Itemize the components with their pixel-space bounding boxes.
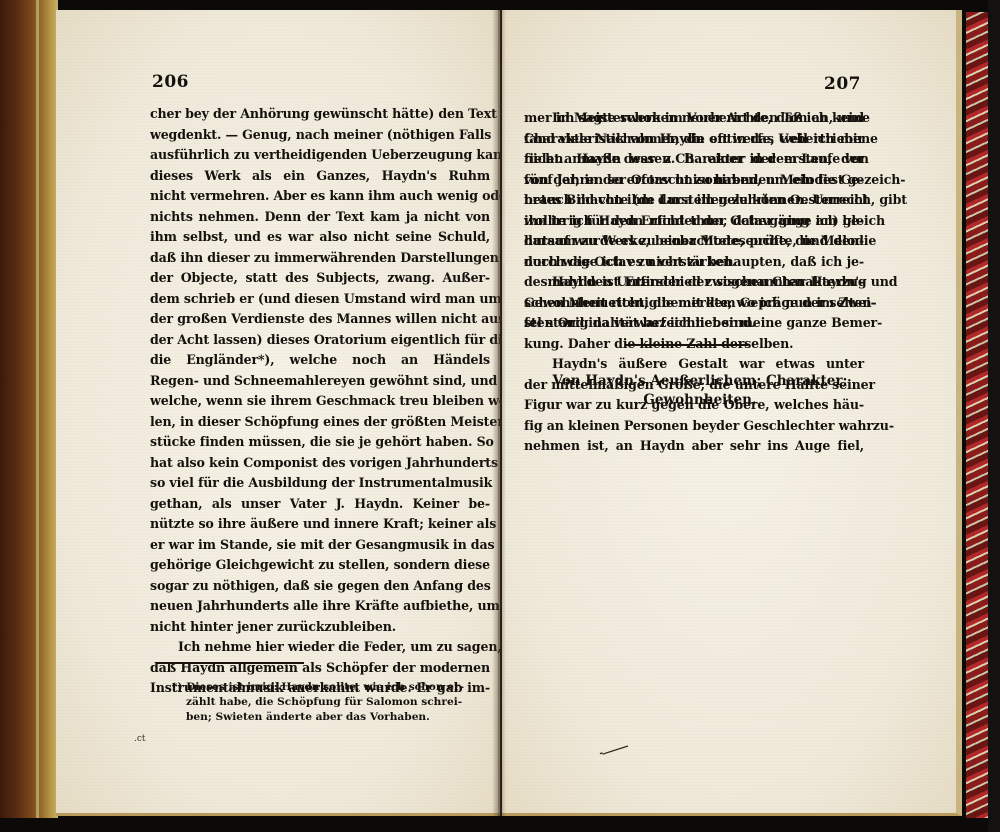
text-line: Haydn's äußere Gestalt war etwas unter: [524, 354, 864, 375]
text-line: nicht hinter jener zurückzubleiben.: [150, 617, 490, 638]
text-line: len, in dieser Schöpfung eines der größt…: [150, 412, 490, 433]
text-line: gehörige Gleichgewicht zu stellen, sonde…: [150, 555, 490, 576]
text-line: der großen Verdienste des Mannes willen …: [150, 309, 490, 330]
background-edge: [988, 0, 1000, 832]
text-line: neuen Jahrhunderts alle ihre Kräfte aufb…: [150, 596, 490, 617]
text-line: wollte ich Haydn nicht thun, daher ging …: [524, 211, 864, 232]
text-line: Ich nehme hier wieder die Feder, um zu s…: [150, 637, 490, 658]
text-line: nichts nehmen. Denn der Text kam ja nich…: [150, 207, 490, 228]
section-body-text: Ich sagte schon im Vorberichte, daß ich …: [524, 108, 864, 457]
book-gutter: [492, 10, 506, 816]
text-line: nehmen ist, an Haydn aber sehr ins Auge …: [524, 436, 864, 457]
text-line: Regen- und Schneemahlereyen gewöhnt sind…: [150, 371, 490, 392]
text-line: so viel für die Ausbildung der Instrumen…: [150, 473, 490, 494]
text-line: nützte so ihre äußere und innere Kraft; …: [150, 514, 490, 535]
text-line: sogar zu nöthigen, daß sie gegen den Anf…: [150, 576, 490, 597]
text-line: Charakteristik von Haydn entwerfe, weil …: [524, 129, 864, 150]
text-line: Ich sagte schon im Vorberichte, daß ich …: [524, 108, 864, 129]
text-line: der Acht lassen) dieses Oratorium eigent…: [150, 330, 490, 351]
text-line: kung. Daher die kleine Zahl derselben.: [524, 334, 864, 355]
text-line: dem schrieb er (und diesen Umstand wird …: [150, 289, 490, 310]
text-line: welche, wenn sie ihrem Geschmack treu bl…: [150, 391, 490, 412]
text-line: cher bey der Anhörung gewünscht hätte) d…: [150, 104, 490, 125]
left-page-text: cher bey der Anhörung gewünscht hätte) d…: [150, 104, 490, 699]
text-line: wegdenkt. — Genug, nach meiner (nöthigen…: [150, 125, 490, 146]
text-line: Gewohnheit richtig bemerkte; wo ich nun …: [524, 293, 864, 314]
text-line: noch wage ich es nicht zu behaupten, daß…: [524, 252, 864, 273]
footnote-rule: [156, 662, 304, 664]
text-line: nicht anmaße dessen Charakter in dem Lau…: [524, 149, 864, 170]
pen-mark-icon: [598, 744, 630, 756]
text-line: Figur war zu kurz gegen die Obere, welch…: [524, 395, 864, 416]
text-line: die Engländer*), welche noch an Händels: [150, 350, 490, 371]
text-line: daß Haydn allgemein als Schöpfer der mod…: [150, 658, 490, 679]
footnote-line: zählt habe, die Schöpfung für Salomon sc…: [172, 695, 472, 710]
page-number-right: 207: [824, 74, 861, 94]
text-line: fel stand, da verwarf ich lieber meine g…: [524, 313, 864, 334]
text-line: stücke finden müssen, die sie je gehört …: [150, 432, 490, 453]
text-line: der mittelmäßigen Größe; die untere Hälf…: [524, 375, 864, 396]
text-line: fig an kleinen Personen beyder Geschlech…: [524, 416, 864, 437]
book-spine-leather: [0, 0, 58, 818]
text-line: netes Bild von ihm darstellen zu können.…: [524, 190, 864, 211]
text-line: gethan, als unser Vater J. Haydn. Keiner…: [150, 494, 490, 515]
text-line: ausführlich zu vertheidigenden Ueberzeug…: [150, 145, 490, 166]
right-page: 207 mer in Meisterwerken neuer Art den T…: [502, 10, 962, 816]
text-line: hutsam zu Werke, beobachtete, prüfte, un…: [524, 231, 864, 252]
text-line: hat also kein Componist des vorigen Jahr…: [150, 453, 490, 474]
page-number-left: 206: [152, 72, 189, 92]
text-line: der Objecte, statt des Subjects, zwang. …: [150, 268, 490, 289]
footnote-line: ben; Swieten änderte aber das Vorhaben.: [172, 710, 472, 725]
text-line: desmahl den Unterschied zwischen Charakt…: [524, 272, 864, 293]
text-line: daß ihn dieser zu immerwährenden Darstel…: [150, 248, 490, 269]
footnote: *) Dieses ist irrig: Haydn sollte, wie i…: [172, 680, 472, 725]
text-line: er war im Stande, sie mit der Gesangmusi…: [150, 535, 490, 556]
left-page: 206 cher bey der Anhörung gewünscht hätt…: [56, 10, 500, 816]
text-line: dieses Werk als ein Ganzes, Haydn's Ruhm: [150, 166, 490, 187]
marbled-page-edge: [966, 12, 988, 818]
text-line: nicht vermehren. Aber es kann ihm auch w…: [150, 186, 490, 207]
text-line: fünf Jahren so erforscht zu haben, um ei…: [524, 170, 864, 191]
footnote-line: *) Dieses ist irrig: Haydn sollte, wie i…: [172, 680, 472, 695]
stray-ink-mark: .ct: [134, 734, 146, 744]
text-line: ihm selbst, und es war also nicht seine …: [150, 227, 490, 248]
